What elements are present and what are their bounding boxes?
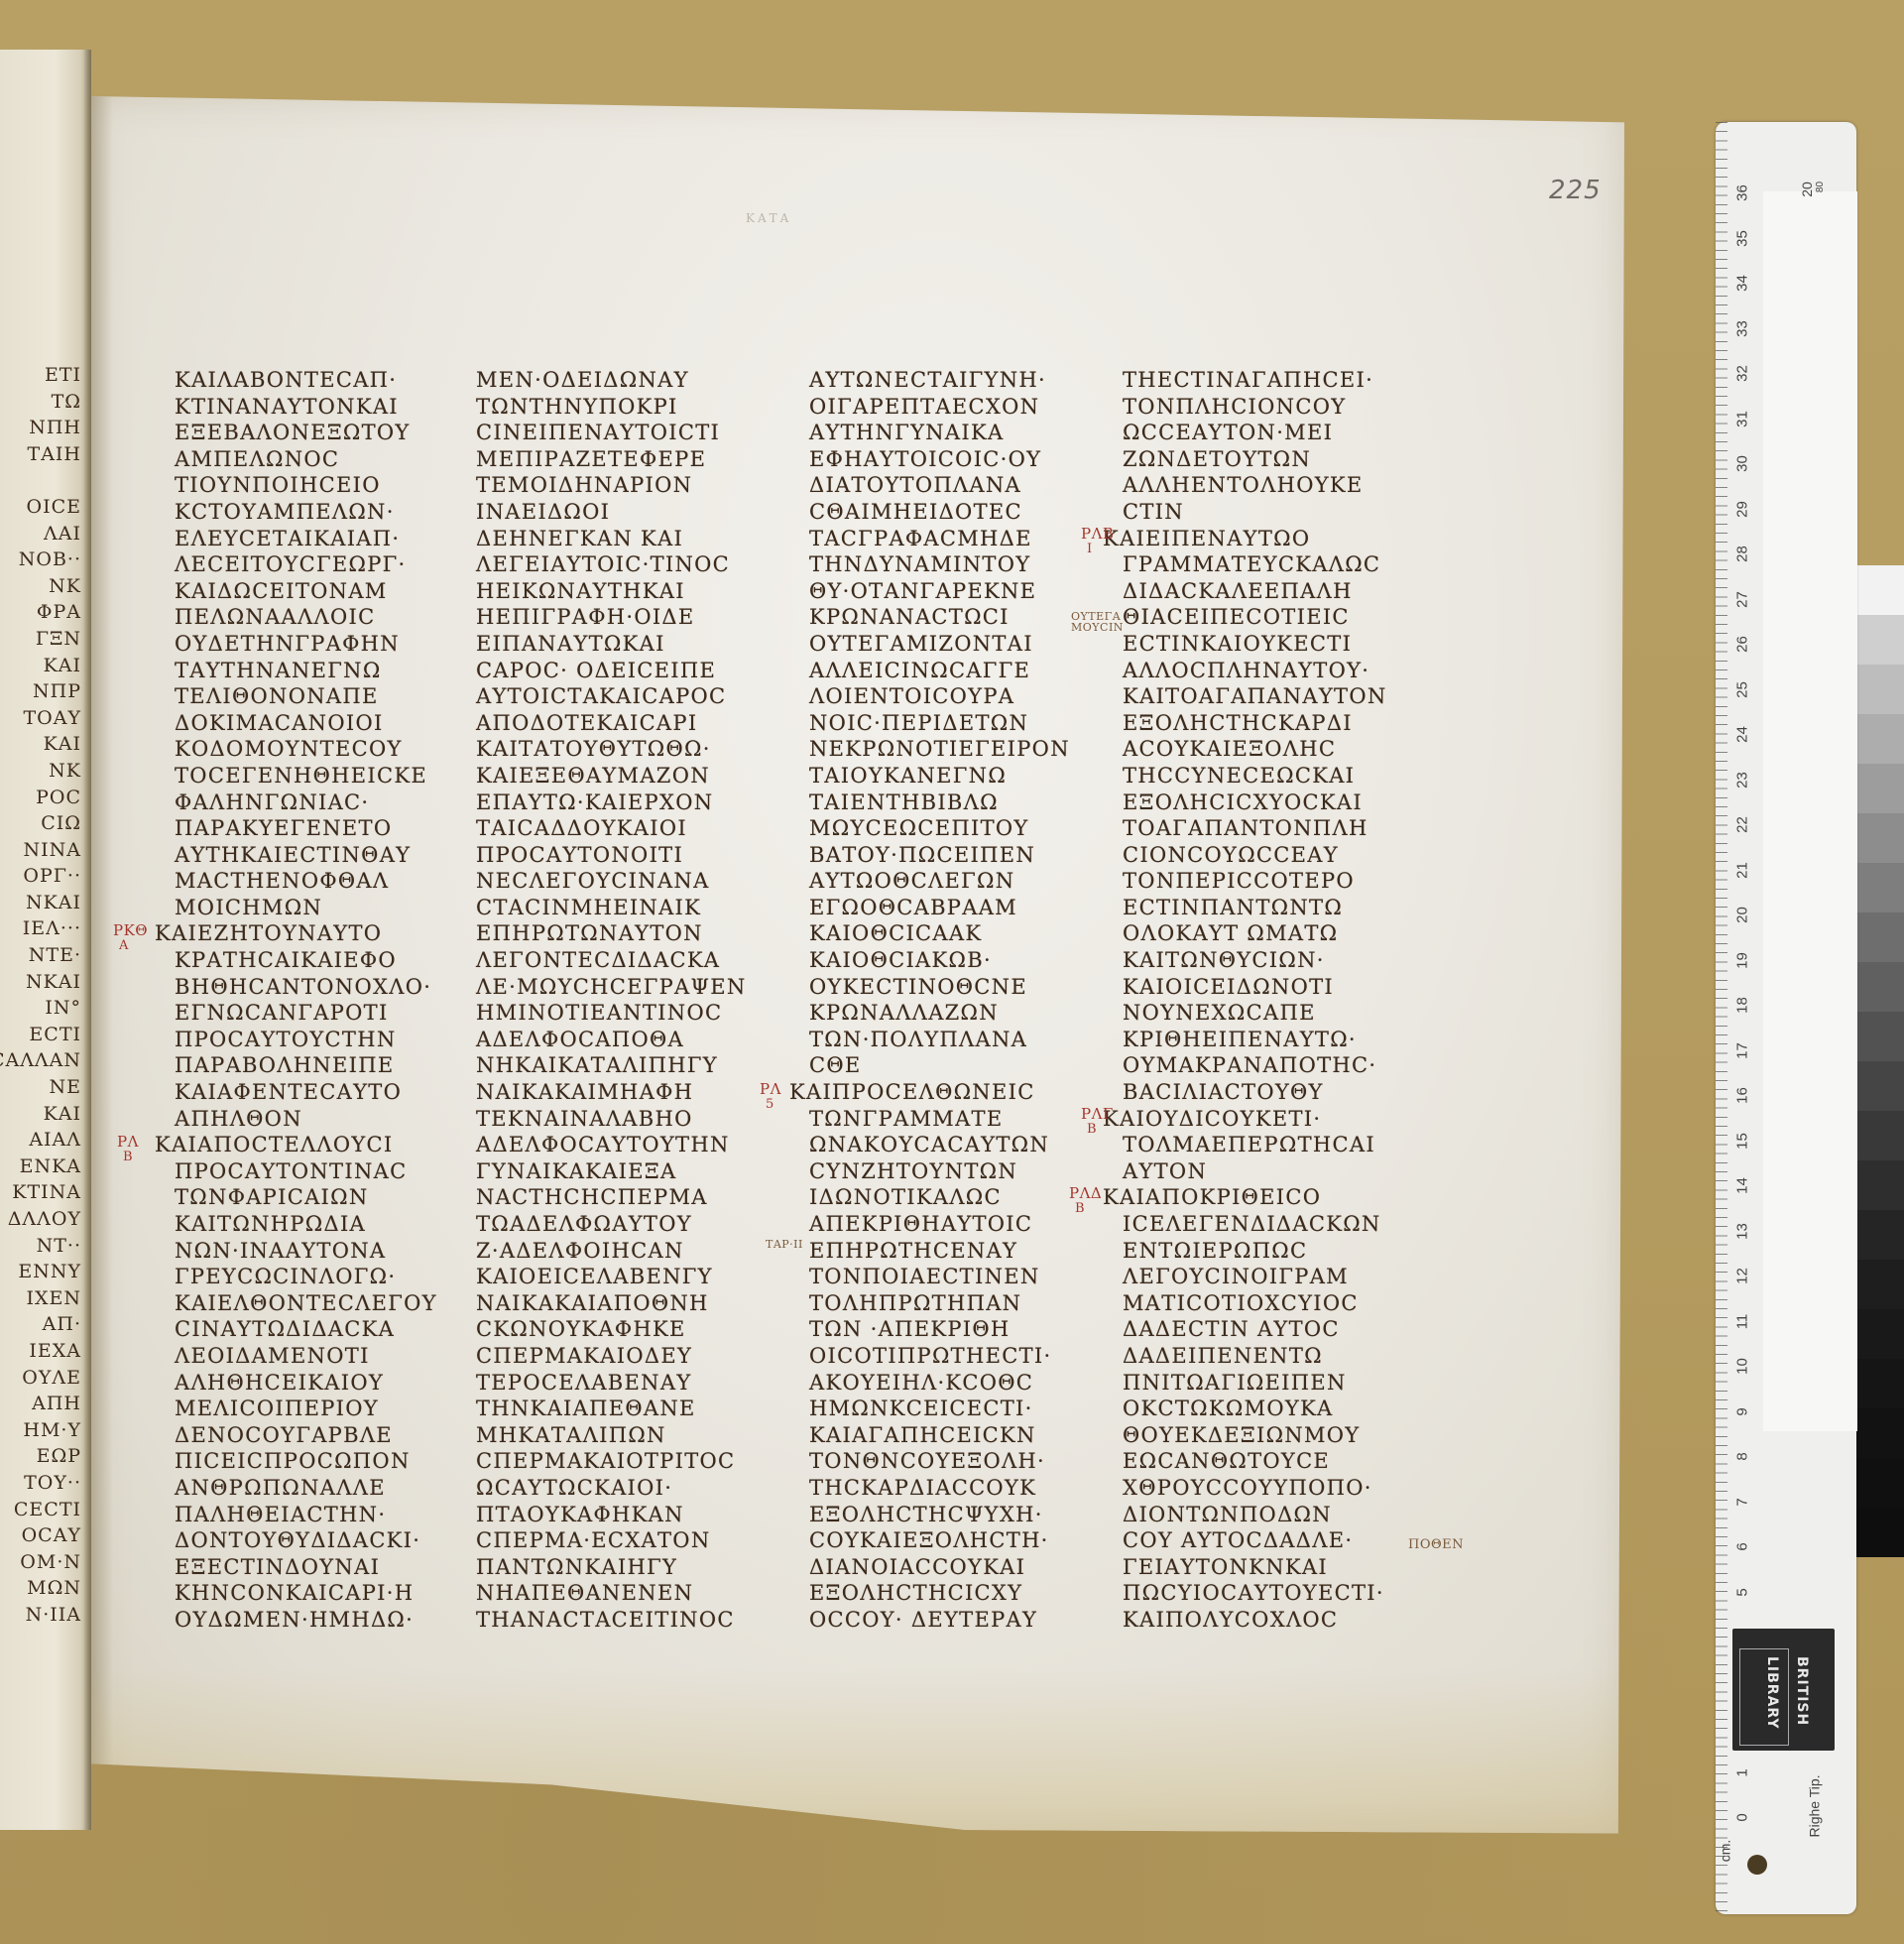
facing-page-line: ΕΤΙ <box>45 362 85 389</box>
facing-page-line: ΝΕ <box>50 1074 86 1101</box>
text-line: ΚΑΙΑΦΕΝΤΕϹΑΥΤΟ <box>175 1079 472 1106</box>
text-line: ΚΑΙΤΑΤΟΥΘΥΤΩΘΩ· <box>476 736 773 763</box>
text-line: ΚΡΑΤΗϹΑΙΚΑΙΕΦΟ <box>175 947 472 974</box>
text-line: ΛΕΓΟΝΤΕϹΔΙΔΑϹΚΑ <box>476 947 773 974</box>
facing-page-line: ϹΙΩ <box>41 810 85 837</box>
text-line: ΤΟΛΗΠΡΩΤΗΠΑΝ <box>809 1290 1107 1317</box>
facing-page-line: ΤΟΥ·· <box>24 1470 85 1497</box>
ruler-cm-mark: 17 <box>1734 1035 1751 1065</box>
ruler-cm-mark: 13 <box>1734 1216 1751 1246</box>
text-line: ΤΗϹϹΥΝΕϹΕΩϹΚΑΙ <box>1123 763 1420 790</box>
text-line: ΧΘΡΟΥϹϹΟΥΥΠΟΠΟ· <box>1123 1475 1420 1502</box>
text-line: ϹΙΝΕΙΠΕΝΑΥΤΟΙϹΤΙ <box>476 420 773 446</box>
ruler-cm-mark: 5 <box>1734 1577 1751 1607</box>
text-column-1: ΚΑΙΛΑΒΟΝΤΕϹΑΠ·ΚΤΙΝΑΝΑΥΤΟΝΚΑΙΕΞΕΒΑΛΟΝΕΞΩΤ… <box>175 367 472 1634</box>
text-line: ΤΕΚΝΑΙΝΑΛΑΒΗΟ <box>476 1106 773 1133</box>
ruler-cm-mark: 14 <box>1734 1171 1751 1201</box>
text-line: ΚΑΙΤΟΑΓΑΠΑΝΑΥΤΟΝ <box>1123 683 1420 710</box>
text-line: ΚΑΙΕΙΠΕΝΑΥΤΩΟ <box>1103 526 1420 552</box>
text-line: ΤΩΝ·ΠΟΛΥΠΛΑΝΑ <box>809 1027 1107 1053</box>
text-line: ΚΑΙΤΩΝΘΥϹΙΩΝ· <box>1123 947 1420 974</box>
text-line: ΜΑϹΤΗΕΝΟΦΘΑΛ <box>175 868 472 895</box>
text-line: ϹΥΝΖΗΤΟΥΝΤΩΝ <box>809 1158 1107 1185</box>
facing-page-line: ΝΚ <box>49 758 85 785</box>
facing-page-line: ΛΑΙ <box>44 521 85 547</box>
text-line: ΜΕΝ·ΟΔΕΙΔΩΝΑΥ <box>476 367 773 394</box>
facing-page-line: ΑΠΗ <box>32 1391 85 1417</box>
text-line: ΜΕΠΙΡΑΖΕΤΕΦΕΡΕ <box>476 446 773 473</box>
text-line: ΝΩΝ·ΙΝΑΑΥΤΟΝΑ <box>175 1238 472 1265</box>
facing-page-line: ΕΝΚΑ <box>20 1154 85 1180</box>
facing-page-line: ΝΚ <box>49 573 85 600</box>
manuscript-folio: ΚΑΤΑ 225 ΚΑΙΛΑΒΟΝΤΕϹΑΠ·ΚΤΙΝΑΝΑΥΤΟΝΚΑΙΕΞΕ… <box>91 96 1624 1837</box>
text-line: ϹΘΑΙΜΗΕΙΔΟΤΕϹ <box>809 499 1107 526</box>
ruler-top-label: 20 <box>1799 182 1815 197</box>
text-line: ΕϹΤΙΝΚΑΙΟΥΚΕϹΤΙ <box>1123 631 1420 658</box>
text-line: ΜΗΚΑΤΑΛΙΠΩΝ <box>476 1422 773 1449</box>
text-line: ΔΑΔΕϹΤΙΝ ΑΥΤΟϹ <box>1123 1316 1420 1343</box>
facing-page-line: ΤΩ <box>52 389 85 416</box>
marginal-gloss: ΟΥΤΕΓΑ ΜΟΥϹΙΝ <box>1071 611 1111 633</box>
ruler-cm-mark: 29 <box>1734 494 1751 524</box>
text-line: ϹΙΟΝϹΟΥΩϹϹΕΑΥ <box>1123 842 1420 869</box>
text-column-3: ΑΥΤΩΝΕϹΤΑΙΓΥΝΗ·ΟΙΓΑΡΕΠΤΑΕϹΧΟΝΑΥΤΗΝΓΥΝΑΙΚ… <box>809 367 1107 1634</box>
text-line: ΖΩΝΔΕΤΟΥΤΩΝ <box>1123 446 1420 473</box>
text-line: ΚΑΙΕΞΕΘΑΥΜΑΖΟΝ <box>476 763 773 790</box>
ruler-cm-mark: 1 <box>1734 1758 1751 1787</box>
ruler-cm-mark: 10 <box>1734 1352 1751 1382</box>
facing-page-line: ΤΑΙΗ <box>28 441 85 468</box>
text-line: ΝΟΙϹ·ΠΕΡΙΔΕΤΩΝ <box>809 710 1107 737</box>
text-line: ΩϹϹΕΑΥΤΟΝ·ΜΕΙ <box>1123 420 1420 446</box>
text-line: ϹΠΕΡΜΑΚΑΙΟΤΡΙΤΟϹ <box>476 1448 773 1475</box>
facing-page-line: Ν·ΙΙΑ <box>26 1602 85 1629</box>
text-line: ΚΑΙΟΥΔΙϹΟΥΚΕΤΙ· <box>1103 1106 1420 1133</box>
text-line: ΤΟΑΓΑΠΑΝΤΟΝΠΛΗ <box>1123 815 1420 842</box>
ruler-cm-mark: 18 <box>1734 991 1751 1021</box>
text-line: ΔΟΝΤΟΥΘΥΔΙΔΑϹΚΙ· <box>175 1527 472 1554</box>
text-line: ΜΟΙϹΗΜΩΝ <box>175 895 472 921</box>
text-line: ΠΑΝΤΩΝΚΑΙΗΓΥ <box>476 1554 773 1581</box>
text-line: ϹΙΝΑΥΤΩΔΙΔΑϹΚΑ <box>175 1316 472 1343</box>
ruler-cm-mark: 6 <box>1734 1532 1751 1562</box>
text-line: ΕΠΑΥΤΩ·ΚΑΙΕΡΧΟΝ <box>476 790 773 816</box>
text-line: ΟΛΟΚΑΥΤ ΩΜΑΤΩ <box>1123 920 1420 947</box>
text-line: ΗΜΙΝΟΤΙΕΑΝΤΙΝΟϹ <box>476 1000 773 1027</box>
text-line: ΚΑΙΠΡΟϹΕΛΘΩΝΕΙϹ <box>789 1079 1107 1106</box>
facing-page-line: ϹΕϹΤΙ <box>14 1497 85 1523</box>
facing-page-line: ΙΝ° <box>45 995 85 1022</box>
text-line: ΚΑΙΕΛΘΟΝΤΕϹΛΕΓΟΥ <box>175 1290 472 1317</box>
text-line: ΚΑΙΠΟΛΥϹΟΧΛΟϹ <box>1123 1607 1420 1634</box>
text-line: ϹΠΕΡΜΑ·ΕϹΧΑΤΟΝ <box>476 1527 773 1554</box>
text-line: ΚΑΙΟΘϹΙΑΚΩΒ· <box>809 947 1107 974</box>
facing-page-line: ΗΜ·Υ <box>23 1417 85 1444</box>
text-line: ΚΤΙΝΑΝΑΥΤΟΝΚΑΙ <box>175 394 472 421</box>
text-line: ΠΡΟϹΑΥΤΟΝΤΙΝΑϹ <box>175 1158 472 1185</box>
text-line: ΑϹΟΥΚΑΙΕΞΟΛΗϹ <box>1123 736 1420 763</box>
facing-page-line: ΟΜ·Ν <box>20 1549 85 1576</box>
logo-word-british: BRITISH <box>1794 1656 1810 1726</box>
text-line: ΤΕΛΙΘΟΝΟΝΑΠΕ <box>175 683 472 710</box>
text-line: ΕΞΟΛΗϹΤΗϹΨΥΧΗ· <box>809 1502 1107 1528</box>
section-number-marginal: ΡΛΒ <box>117 1134 139 1165</box>
text-line: ΤΑΙϹΑΔΔΟΥΚΑΙΟΙ <box>476 815 773 842</box>
text-line: ΠΝΙΤΩΑΓΙΩΕΙΠΕΝ <box>1123 1370 1420 1397</box>
text-line: ΠΑΛΗΘΕΙΑϹΤΗΝ· <box>175 1502 472 1528</box>
facing-page-line: ΝΚΑΙ <box>26 969 85 996</box>
text-line: ΑΛΛΟϹΠΛΗΝΑΥΤΟΥ· <box>1123 658 1420 684</box>
text-line: ΑΥΤΟΙϹΤΑΚΑΙϹΑΡΟϹ <box>476 683 773 710</box>
text-column-4: ΤΗΕϹΤΙΝΑΓΑΠΗϹΕΙ·ΤΟΝΠΛΗϹΙΟΝϹΟΥΩϹϹΕΑΥΤΟΝ·Μ… <box>1123 367 1420 1634</box>
text-line: ΟΥΤΕΓΑΜΙΖΟΝΤΑΙ <box>809 631 1107 658</box>
text-line: ΤΟΛΜΑΕΠΕΡΩΤΗϹΑΙ <box>1123 1132 1420 1158</box>
text-line: ΗΕΠΙΓΡΑΦΗ·ΟΙΔΕ <box>476 604 773 631</box>
ruler-cm-mark: 16 <box>1734 1081 1751 1111</box>
text-line: ΕϹΤΙΝΠΑΝΤΩΝΤΩ <box>1123 895 1420 921</box>
text-line: ΓΡΑΜΜΑΤΕΥϹΚΑΛΩϹ <box>1123 551 1420 578</box>
text-line: ΤΟΝΘΝϹΟΥΕΞΟΛΗ· <box>809 1448 1107 1475</box>
facing-page-line: ΜΩΝ <box>27 1575 85 1602</box>
text-line: ΚΑΙΕΖΗΤΟΥΝΑΥΤΟ <box>155 920 472 947</box>
facing-page-line: ΙΧΕΝ <box>26 1285 85 1312</box>
text-line: ΝΕΚΡΩΝΟΤΙΕΓΕΙΡΟΝ <box>809 736 1107 763</box>
text-line: ΕΙΠΑΝΑΥΤΩΚΑΙ <box>476 631 773 658</box>
text-line: ΠΩϹΥΙΟϹΑΥΤΟΥΕϹΤΙ· <box>1123 1580 1420 1607</box>
text-line: ΩϹΑΥΤΩϹΚΑΙΟΙ· <box>476 1475 773 1502</box>
running-title: ΚΑΤΑ <box>746 211 791 225</box>
text-line: ΚΑΙΟΙϹΕΙΔΩΝΟΤΙ <box>1123 974 1420 1001</box>
text-line: ΚΟΔΟΜΟΥΝΤΕϹΟΥ <box>175 736 472 763</box>
text-line: ΚΑΙΑΠΟϹΤΕΛΛΟΥϹΙ <box>155 1132 472 1158</box>
text-line: ΚΑΙΟΕΙϹΕΛΑΒΕΝΓΥ <box>476 1264 773 1290</box>
text-line: ΠΡΟϹΑΥΤΟΥϹΤΗΝ <box>175 1027 472 1053</box>
text-line: ΤΑΙΕΝΤΗΒΙΒΛΩ <box>809 790 1107 816</box>
text-line: ΤΑϹΓΡΑΦΑϹΜΗΔΕ <box>809 526 1107 552</box>
facing-page-line: ΑΙΑΛ <box>29 1127 85 1154</box>
section-number-marginal: ΡΚΘΑ <box>113 922 148 954</box>
text-line: ϹΘΕ <box>809 1052 1107 1079</box>
text-line: ΦΑΛΗΝΓΩΝΙΑϹ· <box>175 790 472 816</box>
text-line: ΠΤΑΟΥΚΑΦΗΚΑΝ <box>476 1502 773 1528</box>
text-line: ΓΡΕΥϹΩϹΙΝΛΟΓΩ· <box>175 1264 472 1290</box>
text-line: ΕΞΕϹΤΙΝΔΟΥΝΑΙ <box>175 1554 472 1581</box>
ruler-cm-mark: 24 <box>1734 720 1751 750</box>
text-line: ϹΤΑϹΙΝΜΗΕΙΝΑΙΚ <box>476 895 773 921</box>
facing-page-line: ΑΠ· <box>43 1311 85 1338</box>
text-line: ΙΝΑΕΙΔΩΟΙ <box>476 499 773 526</box>
text-line: ΑΝΘΡΩΠΩΝΑΛΛΕ <box>175 1475 472 1502</box>
facing-page-line: ΡΟϹ <box>36 785 85 811</box>
ruler-cm-mark: 34 <box>1734 269 1751 299</box>
ruler-cm-mark: 9 <box>1734 1397 1751 1426</box>
facing-page-line: ΚΑΙ <box>44 1101 85 1128</box>
text-line: ΟΥΔΕΤΗΝΓΡΑΦΗΝ <box>175 631 472 658</box>
text-line: ΤΟΝΠΟΙΑΕϹΤΙΝΕΝ <box>809 1264 1107 1290</box>
ruler-ticks <box>1716 122 1727 1914</box>
british-library-logo: BRITISH LIBRARY <box>1732 1629 1835 1751</box>
text-line: ΜΩΥϹΕΩϹΕΠΙΤΟΥ <box>809 815 1107 842</box>
text-line: ΤΑΙΟΥΚΑΝΕΓΝΩ <box>809 763 1107 790</box>
marginal-gloss: ΠΟΘΕΝ <box>1408 1537 1464 1552</box>
text-line: ΚΡΙΘΗΕΙΠΕΝΑΥΤΩ· <box>1123 1027 1420 1053</box>
text-line: ΑΔΕΛΦΟϹΑΠΟΘΑ <box>476 1027 773 1053</box>
text-line: ϹΑΡΟϹ· ΟΔΕΙϹΕΙΠΕ <box>476 658 773 684</box>
text-line: ΤΗΝΔΥΝΑΜΙΝΤΟΥ <box>809 551 1107 578</box>
text-line: ΝΑΙΚΑΚΑΙΜΗΑΦΗ <box>476 1079 773 1106</box>
text-line: ΟΥΜΑΚΡΑΝΑΠΟΤΗϹ· <box>1123 1052 1420 1079</box>
facing-page-line: ΝΚΑΙ <box>26 890 85 916</box>
text-line: ΑΚΟΥΕΙΗΛ·ΚϹΟΘϹ <box>809 1370 1107 1397</box>
text-line: ΘΟΥΕΚΔΕΞΙΩΝΜΟΥ <box>1123 1422 1420 1449</box>
text-line: ΤΩΝΓΡΑΜΜΑΤΕ <box>809 1106 1107 1133</box>
text-line: ΝΑΙΚΑΚΑΙΑΠΟΘΝΗ <box>476 1290 773 1317</box>
ruler-cm-mark: 21 <box>1734 855 1751 885</box>
text-line: ΕΠΗΡΩΤΗϹΕΝΑΥ <box>809 1238 1107 1265</box>
text-line: ΠΙϹΕΙϹΠΡΟϹΩΠΟΝ <box>175 1448 472 1475</box>
text-line: ΙϹΕΛΕΓΕΝΔΙΔΑϹΚΩΝ <box>1123 1211 1420 1238</box>
ruler-cm-mark: 36 <box>1734 179 1751 208</box>
ruler-cm-mark: 35 <box>1734 223 1751 253</box>
text-line: ΤΩΝΤΗΝΥΠΟΚΡΙ <box>476 394 773 421</box>
text-line: ΒΑϹΙΛΙΑϹΤΟΥΘΥ <box>1123 1079 1420 1106</box>
text-line: ΕΞΟΛΗϹΤΗϹΙϹΧΥ <box>809 1580 1107 1607</box>
text-line: ΚΑΙΛΑΒΟΝΤΕϹΑΠ· <box>175 367 472 394</box>
ruler-inset <box>1763 191 1857 1431</box>
text-line: ΕΓΝΩϹΑΝΓΑΡΟΤΙ <box>175 1000 472 1027</box>
text-line: ΕΞΟΛΗϹΤΗϹΚΑΡΔΙ <box>1123 710 1420 737</box>
ruler-cm-mark: 8 <box>1734 1442 1751 1472</box>
text-line: ΘΙΑϹΕΙΠΕϹΟΤΙΕΙϹ <box>1123 604 1420 631</box>
text-line: ΚΑΙΑΓΑΠΗϹΕΙϹΚΝ <box>809 1422 1107 1449</box>
text-line: ΚΑΙΟΘϹΙϹΑΑΚ <box>809 920 1107 947</box>
ruler-cm-mark: 20 <box>1734 901 1751 930</box>
text-line: ΝΑϹΤΗϹΗϹΠΕΡΜΑ <box>476 1184 773 1211</box>
ruler-cm-mark: 15 <box>1734 1126 1751 1155</box>
text-line: ΟΚϹΤΩΚΩΜΟΥΚΑ <box>1123 1396 1420 1422</box>
text-line: ΤΕΜΟΙΔΗΝΑΡΙΟΝ <box>476 472 773 499</box>
text-line: ΕΦΗΑΥΤΟΙϹΟΙϹ·ΟΥ <box>809 446 1107 473</box>
text-line: ΛΟΙΕΝΤΟΙϹΟΥΡΑ <box>809 683 1107 710</box>
text-line: ΤΟΝΠΕΡΙϹϹΟΤΕΡΟ <box>1123 868 1420 895</box>
text-line: ϹΠΕΡΜΑΚΑΙΟΔΕΥ <box>476 1343 773 1370</box>
text-line: ΜΕΛΙϹΟΙΠΕΡΙΟΥ <box>175 1396 472 1422</box>
text-line: ΤΑΥΤΗΝΑΝΕΓΝΩ <box>175 658 472 684</box>
text-line: ΑΥΤΗΝΓΥΝΑΙΚΑ <box>809 420 1107 446</box>
text-line: ΤΕΡΟϹΕΛΑΒΕΝΑΥ <box>476 1370 773 1397</box>
ruler-cm-mark: 31 <box>1734 404 1751 433</box>
ruler-cm-mark: 32 <box>1734 359 1751 389</box>
facing-page-line: ΝΠΗ <box>29 415 85 441</box>
text-line: ΤΩΝΦΑΡΙϹΑΙΩΝ <box>175 1184 472 1211</box>
facing-page-line: ΙΕΛ··· <box>23 915 85 942</box>
text-line: ΤΗΕϹΤΙΝΑΓΑΠΗϹΕΙ· <box>1123 367 1420 394</box>
text-line: ΔΙΑΝΟΙΑϹϹΟΥΚΑΙ <box>809 1554 1107 1581</box>
ruler-cm-mark: 11 <box>1734 1306 1751 1336</box>
facing-page-line: ΥϹΑΛΛΑΝ <box>0 1047 85 1074</box>
text-line: ΚΗΝϹΟΝΚΑΙϹΑΡΙ·Η <box>175 1580 472 1607</box>
ruler-cm-mark: 26 <box>1734 630 1751 660</box>
section-number-marginal: ΡΛΓΒ <box>1081 1106 1114 1138</box>
facing-page-line: ΝΙΝΑ <box>24 837 85 864</box>
section-number-marginal: ΡΛΔΒ <box>1069 1185 1102 1217</box>
text-line: ΛΕΟΙΔΑΜΕΝΟΤΙ <box>175 1343 472 1370</box>
facing-page-line: ΝΤΕ· <box>29 942 85 969</box>
ruler-cm-mark: 27 <box>1734 584 1751 614</box>
text-line: ΓΥΝΑΙΚΑΚΑΙΕΞΑ <box>476 1158 773 1185</box>
text-column-2: ΜΕΝ·ΟΔΕΙΔΩΝΑΥΤΩΝΤΗΝΥΠΟΚΡΙϹΙΝΕΙΠΕΝΑΥΤΟΙϹΤ… <box>476 367 773 1634</box>
text-line: ΑΥΤΩΝΕϹΤΑΙΓΥΝΗ· <box>809 367 1107 394</box>
facing-page-line: ΟΥΛΕ <box>22 1365 85 1392</box>
facing-page: ΕΤΙΤΩΝΠΗΤΑΙΗΟΙϹΕΛΑΙΝΟΒ··ΝΚΦΡΑΓΞΝΚΑΙΝΠΡΤΟ… <box>0 50 91 1830</box>
text-line: ΕΞΟΛΗϹΙϹΧΥΟϹΚΑΙ <box>1123 790 1420 816</box>
text-line: ΑΠΕΚΡΙΘΗΑΥΤΟΙϹ <box>809 1211 1107 1238</box>
ruler-cm-mark: 19 <box>1734 945 1751 975</box>
gutter-shadow <box>83 50 91 1830</box>
marginal-gloss: ΤΑΡ·ΙΙ <box>766 1238 803 1251</box>
text-line: ΕΠΗΡΩΤΩΝΑΥΤΟΝ <box>476 920 773 947</box>
text-line: ΚΡΩΝΑΛΛΑΖΩΝ <box>809 1000 1107 1027</box>
facing-page-line: ΟΙϹΕ <box>27 494 86 521</box>
text-line: ΕΝΤΩΙΕΡΩΠΩϹ <box>1123 1238 1420 1265</box>
text-line: ΝΗΚΑΙΚΑΤΑΛΙΠΗΓΥ <box>476 1052 773 1079</box>
text-line: ΔΑΔΕΙΠΕΝΕΝΤΩ <box>1123 1343 1420 1370</box>
facing-page-line: ΕΩΡ <box>37 1443 85 1470</box>
text-line: ΘΥ·ΟΤΑΝΓΑΡΕΚΝΕ <box>809 578 1107 605</box>
text-line: ΑΠΟΔΟΤΕΚΑΙϹΑΡΙ <box>476 710 773 737</box>
text-line: ΛΕ·ΜΩΥϹΗϹΕΓΡΑΨΕΝ <box>476 974 773 1001</box>
facing-page-line: ΕΝΝΥ <box>18 1259 85 1285</box>
ruler-cm-mark: 7 <box>1734 1487 1751 1517</box>
ruler-cm-mark: 22 <box>1734 810 1751 840</box>
text-line: ΕΓΩΟΘϹΑΒΡΑΑΜ <box>809 895 1107 921</box>
text-line: ΔΟΚΙΜΑϹΑΝΟΙΟΙ <box>175 710 472 737</box>
text-line: ΑΛΛΗΕΝΤΟΛΗΟΥΚΕ <box>1123 472 1420 499</box>
text-line: ΟΥΚΕϹΤΙΝΟΘϹΝΕ <box>809 974 1107 1001</box>
ruler-cm-mark: 23 <box>1734 765 1751 794</box>
text-line: ΕΞΕΒΑΛΟΝΕΞΩΤΟΥ <box>175 420 472 446</box>
text-line: ΤΗϹΚΑΡΔΙΑϹϹΟΥΚ <box>809 1475 1107 1502</box>
text-line: ΚΡΩΝΑΝΑϹΤΩϹΙ <box>809 604 1107 631</box>
text-line: ΟΙϹΟΤΙΠΡΩΤΗΕϹΤΙ· <box>809 1343 1107 1370</box>
text-line: ΛΕΓΕΙΑΥΤΟΙϹ·ΤΙΝΟϹ <box>476 551 773 578</box>
text-line: ΝΟΥΝΕΧΩϹΑΠΕ <box>1123 1000 1420 1027</box>
ruler-hole <box>1747 1855 1767 1875</box>
text-line: ΑΔΕΛΦΟϹΑΥΤΟΥΤΗΝ <box>476 1132 773 1158</box>
text-line: ΑΛΛΕΙϹΙΝΩϹΑΓΓΕ <box>809 658 1107 684</box>
text-line: ΤΩΑΔΕΛΦΩΑΥΤΟΥ <box>476 1211 773 1238</box>
facing-page-line: ΟϹΑΥ <box>22 1522 85 1549</box>
facing-page-line: ΚΤΙΝΑ <box>12 1179 85 1206</box>
facing-page-line: ΕϹΤΙ <box>29 1022 85 1048</box>
text-line: ΑΥΤΗΚΑΙΕϹΤΙΝΘΑΥ <box>175 842 472 869</box>
text-line: ϹΟΥ ΑΥΤΟϹΔΑΔΛΕ· <box>1123 1527 1420 1554</box>
text-columns: ΚΑΙΛΑΒΟΝΤΕϹΑΠ·ΚΤΙΝΑΝΑΥΤΟΝΚΑΙΕΞΕΒΑΛΟΝΕΞΩΤ… <box>91 367 1624 1597</box>
text-line: ΚϹΤΟΥΑΜΠΕΛΩΝ· <box>175 499 472 526</box>
text-line: ΤΟϹΕΓΕΝΗΘΗΕΙϹΚΕ <box>175 763 472 790</box>
text-line: ΗΕΙΚΩΝΑΥΤΗΚΑΙ <box>476 578 773 605</box>
text-line: ΗΜΩΝΚϹΕΙϹΕϹΤΙ· <box>809 1396 1107 1422</box>
text-line: ΔΕΗΝΕΓΚΑΝ ΚΑΙ <box>476 526 773 552</box>
text-line: ΛΕϹΕΙΤΟΥϹΓΕΩΡΓ· <box>175 551 472 578</box>
section-number-marginal: ΡΛΒΙ <box>1081 526 1114 557</box>
text-line: ΟΥΔΩΜΕΝ·ΗΜΗΔΩ· <box>175 1607 472 1634</box>
text-line: ΟϹϹΟΥ· ΔΕΥΤΕΡΑΥ <box>809 1607 1107 1634</box>
text-line: ϹΤΙΝ <box>1123 499 1420 526</box>
text-line: ΙΔΩΝΟΤΙΚΑΛΩϹ <box>809 1184 1107 1211</box>
ruler-type-label: Righe Tip. <box>1807 1774 1823 1837</box>
facing-page-text: ΕΤΙΤΩΝΠΗΤΑΙΗΟΙϹΕΛΑΙΝΟΒ··ΝΚΦΡΑΓΞΝΚΑΙΝΠΡΤΟ… <box>0 362 85 1629</box>
text-line: ΔΕΝΟϹΟΥΓΑΡΒΛΕ <box>175 1422 472 1449</box>
text-line: ΠΑΡΑΒΟΛΗΝΕΙΠΕ <box>175 1052 472 1079</box>
ruler-cm-mark: 30 <box>1734 449 1751 479</box>
text-line: ΑΥΤΩΟΘϹΛΕΓΩΝ <box>809 868 1107 895</box>
text-line: ΟΙΓΑΡΕΠΤΑΕϹΧΟΝ <box>809 394 1107 421</box>
folio-number: 225 <box>1549 176 1602 205</box>
text-line: ΩΝΑΚΟΥϹΑϹΑΥΤΩΝ <box>809 1132 1107 1158</box>
text-line: ϹΚΩΝΟΥΚΑΦΗΚΕ <box>476 1316 773 1343</box>
text-line: ΔΙΟΝΤΩΝΠΟΔΩΝ <box>1123 1502 1420 1528</box>
text-line: ΚΑΙΔΩϹΕΙΤΟΝΑΜ <box>175 578 472 605</box>
text-line: ϹΟΥΚΑΙΕΞΟΛΗϹΤΗ· <box>809 1527 1107 1554</box>
text-line: ΤΩΝ ·ΑΠΕΚΡΙΘΗ <box>809 1316 1107 1343</box>
text-line: ΠΕΛΩΝΑΑΛΛΟΙϹ <box>175 604 472 631</box>
ruler-cm-mark: 28 <box>1734 540 1751 569</box>
text-line: ΝΕϹΛΕΓΟΥϹΙΝΑΝΑ <box>476 868 773 895</box>
facing-page-line: ΓΞΝ <box>36 626 85 653</box>
facing-page-line: ΦΡΑ <box>37 599 85 626</box>
text-line: ΠΑΡΑΚΥΕΓΕΝΕΤΟ <box>175 815 472 842</box>
section-number-marginal: ΡΛ5 <box>760 1081 781 1113</box>
text-line: ΛΕΓΟΥϹΙΝΟΙΓΡΑΜ <box>1123 1264 1420 1290</box>
text-line: ΑΠΗΛΘΟΝ <box>175 1106 472 1133</box>
facing-page-line: ΝΟΒ·· <box>19 547 85 573</box>
facing-page-line: ΚΑΙ <box>44 653 85 679</box>
facing-page-line: ΝΠΡ <box>33 678 85 705</box>
facing-page-line: ΝΤ·· <box>37 1233 85 1260</box>
text-line: ΜΑΤΙϹΟΤΙΟΧϹΥΙΟϹ <box>1123 1290 1420 1317</box>
text-line: ΤΙΟΥΝΠΟΙΗϹΕΙΟ <box>175 472 472 499</box>
text-line: ΔΙΑΤΟΥΤΟΠΛΑΝΑ <box>809 472 1107 499</box>
text-line: ΝΗΑΠΕΘΑΝΕΝΕΝ <box>476 1580 773 1607</box>
ruler-unit-label: cm. <box>1717 1840 1732 1863</box>
ruler-cm-mark: 25 <box>1734 674 1751 704</box>
text-line: ΒΗΘΗϹΑΝΤΟΝΟΧΛΟ· <box>175 974 472 1001</box>
ruler-top-label: 80 <box>1815 182 1826 192</box>
facing-page-line: ΚΑΙ <box>44 731 85 758</box>
text-line: ΑΥΤΟΝ <box>1123 1158 1420 1185</box>
text-line: ΠΡΟϹΑΥΤΟΝΟΙΤΙ <box>476 842 773 869</box>
ruler-cm-mark: 33 <box>1734 313 1751 343</box>
text-line: ΚΑΙΑΠΟΚΡΙΘΕΙϹΟ <box>1103 1184 1420 1211</box>
ruler-cm-mark: 0 <box>1734 1803 1751 1833</box>
facing-page-line: ΟΡΓ·· <box>23 863 85 890</box>
facing-page-line: ΤΟΑΥ <box>23 705 85 732</box>
logo-word-library: LIBRARY <box>1764 1656 1780 1730</box>
text-line: ΕΛΕΥϹΕΤΑΙΚΑΙΑΠ· <box>175 526 472 552</box>
text-line: ΓΕΙΑΥΤΟΝΚΝΚΑΙ <box>1123 1554 1420 1581</box>
facing-page-line: ΔΛΛΟΥ <box>8 1206 85 1233</box>
text-line: ΕΩϹΑΝΘΩΤΟΥϹΕ <box>1123 1448 1420 1475</box>
text-line: ΑΜΠΕΛΩΝΟϹ <box>175 446 472 473</box>
text-line: ΤΗΑΝΑϹΤΑϹΕΙΤΙΝΟϹ <box>476 1607 773 1634</box>
text-line: ΒΑΤΟΥ·ΠΩϹΕΙΠΕΝ <box>809 842 1107 869</box>
text-line: ΑΛΗΘΗϹΕΙΚΑΙΟΥ <box>175 1370 472 1397</box>
text-line: ΤΗΝΚΑΙΑΠΕΘΑΝΕ <box>476 1396 773 1422</box>
text-line: ΚΑΙΤΩΝΗΡΩΔΙΑ <box>175 1211 472 1238</box>
text-line: Ζ·ΑΔΕΛΦΟΙΗϹΑΝ <box>476 1238 773 1265</box>
text-line: ΤΟΝΠΛΗϹΙΟΝϹΟΥ <box>1123 394 1420 421</box>
